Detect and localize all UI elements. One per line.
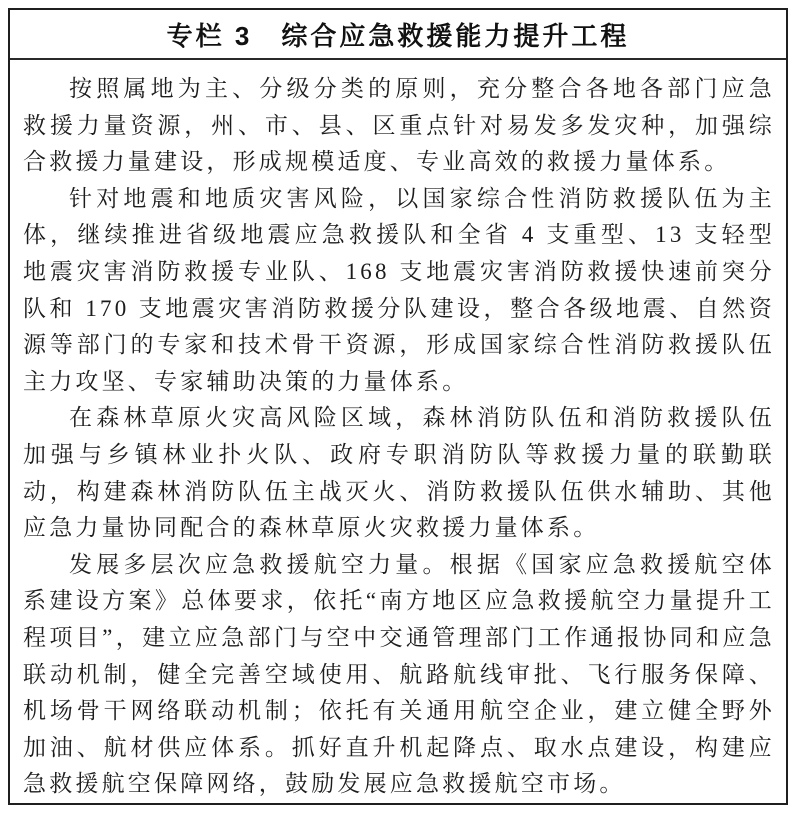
panel-title: 专栏 3 综合应急救援能力提升工程 xyxy=(10,10,786,60)
paragraph-earthquake-geological-rescue: 针对地震和地质灾害风险，以国家综合性消防救援队伍为主体，继续推进省级地震应急救援… xyxy=(23,181,775,401)
paragraph-aviation-rescue-force: 发展多层次应急救援航空力量。根据《国家应急救援航空体系建设方案》总体要求，依托“… xyxy=(23,547,775,803)
paragraph-forest-grassland-fire-rescue: 在森林草原火灾高风险区域，森林消防队伍和消防救援队伍加强与乡镇林业扑火队、政府专… xyxy=(23,400,775,546)
paragraph-rescue-force-integration: 按照属地为主、分级分类的原则，充分整合各地各部门应急救援力量资源，州、市、县、区… xyxy=(23,71,775,181)
panel-body: 按照属地为主、分级分类的原则，充分整合各地各部门应急救援力量资源，州、市、县、区… xyxy=(10,60,786,803)
column-panel: 专栏 3 综合应急救援能力提升工程 按照属地为主、分级分类的原则，充分整合各地各… xyxy=(8,8,788,805)
